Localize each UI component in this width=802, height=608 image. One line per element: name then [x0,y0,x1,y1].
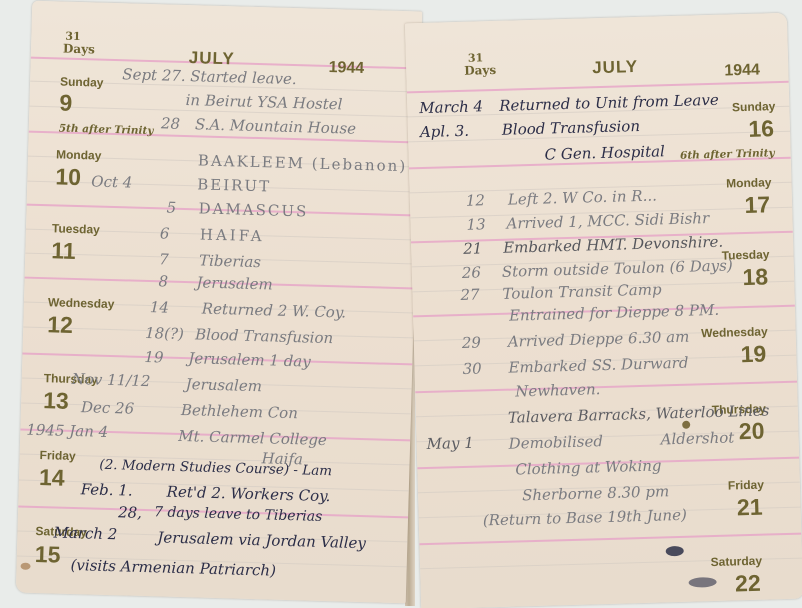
entry-text: Started leave. [190,67,297,88]
date-number: 13 [43,387,69,415]
entry-text: Storm outside Toulon (6 Days) [502,256,733,280]
date-number: 22 [735,570,761,598]
entry-date: March 2 [53,523,117,543]
weekday-saturday: Saturday [710,554,762,569]
date-number: 12 [47,311,73,339]
entry-text: (visits Armenian Patriarch) [70,556,276,580]
entry-date: 26 [462,263,482,282]
entry-text: Jerusalem via Jordan Valley [157,528,366,552]
entry-text: Demobilised [508,432,603,453]
entry-text: Blood Transfusion [195,325,334,347]
entry-text: BAAKLEEM (Lebanon) [198,151,408,175]
entry-date: May 1 [426,434,474,453]
entry-text: (Return to Base 19th June) [483,506,687,530]
entry-text: S.A. Mountain House [195,115,357,137]
entry-text: 7 days leave to Tiberias [154,504,323,525]
entry-text: Aldershot [660,428,734,448]
date-number: 14 [39,464,65,492]
weekday-tuesday: Tuesday [52,221,100,236]
entry-text: Entrained for Dieppe 8 PM. [509,301,719,325]
date-number: 15 [35,541,61,569]
entry-date: 18(?) [145,324,184,343]
diary-page-left: 31 Days JULY 1944 Sunday 9 5th after Tri… [16,1,422,604]
entry-date: 27 [460,285,480,304]
entry-text: Returned to Unit from Leave [499,91,719,115]
entry-date: 5 [166,199,176,217]
entry-text: Ret'd 2. Workers Coy. [166,483,330,506]
entry-date: 8 [158,272,168,290]
month-label: JULY [592,57,638,78]
entry-text: Arrived 1, MCC. Sidi Bishr [506,209,709,233]
date-number: 9 [59,89,73,116]
weekday-monday: Monday [56,147,102,162]
stain [20,563,30,570]
entry-text: Jerusalem [196,273,273,293]
weekday-friday: Friday [39,448,75,463]
entry-date: 6 [160,224,170,242]
entry-text: Embarked SS. Durward [508,354,688,377]
entry-date: 14 [150,298,170,317]
trinity-note: 6th after Trinity [680,147,775,162]
entry-date: Oct 4 [91,172,133,191]
entry-text: C Gen. Hospital [544,142,665,163]
entry-text: Blood Transfusion [502,117,641,139]
date-number: 10 [55,163,81,191]
trinity-note: 5th after Trinity [59,122,154,137]
weekday-wednesday: Wednesday [701,324,768,340]
entry-date: 28 [161,114,181,133]
pink-rule [407,81,789,94]
entry-date: 13 [466,215,486,234]
entry-date: 12 [466,191,486,210]
entry-date: 7 [159,250,169,268]
entry-text: Embarked HMT. Devonshire. [503,233,723,257]
weekday-wednesday: Wednesday [48,295,115,311]
entry-date: Feb. 1. [80,480,132,499]
year-label: 1944 [724,62,760,81]
entry-text: Clothing at Woking [515,456,662,478]
date-number: 21 [737,494,763,522]
date-number: 20 [738,418,764,446]
entry-text: Arrived Dieppe 6.30 am [508,328,690,351]
entry-date: Nov 11/12 [72,370,151,390]
entry-text: Mt. Carmel College [178,427,327,449]
entry-text: Toulon Transit Camp [502,280,662,302]
entry-text: Jerusalem 1 day [188,349,311,370]
weekday-monday: Monday [726,175,772,190]
diary-page-right: 31 Days JULY 1944 Sunday 16 6th after Tr… [405,13,802,608]
entry-date: 30 [462,359,482,378]
entry-text: BEIRUT [197,175,271,195]
entry-date: 1945 Jan 4 [26,421,108,441]
ink-blot [688,577,716,588]
weekday-friday: Friday [728,478,764,493]
pink-rule [415,381,797,394]
date-number: 19 [740,340,766,368]
date-number: 16 [748,115,774,143]
date-number: 17 [744,191,770,219]
entry-text: Left 2. W Co. in R... [508,186,658,208]
ink-dot [682,421,690,429]
month-label: JULY [189,48,235,69]
entry-text: Bethlehem Con [181,401,298,422]
entry-text: Sherborne 8.30 pm [522,482,670,504]
days-label: Days [464,63,496,78]
pink-rule [419,533,801,546]
year-label: 1944 [328,59,364,78]
weekday-sunday: Sunday [732,99,776,114]
entry-text: Returned 2 W. Coy. [202,300,347,322]
entry-text: HAIFA [200,225,265,245]
entry-date: Apl. 3. [420,122,470,141]
entry-date: 29 [462,333,482,352]
entry-text: Newhaven. [515,380,601,400]
entry-date: Dec 26 [81,398,135,417]
date-number: 18 [742,263,768,291]
entry-date: 19 [144,348,164,367]
entry-text: Jerusalem [185,375,262,395]
entry-date: 21 [463,239,483,258]
weekday-sunday: Sunday [60,74,104,89]
entry-text: Tiberias [199,251,261,271]
days-label: Days [63,42,95,57]
entry-date: Sept 27. [122,65,186,85]
date-number: 11 [51,237,76,265]
entry-date: 28, [118,503,142,522]
entry-date: March 4 [419,97,483,117]
entry-text: Talavera Barracks, Waterloo Lines [508,401,770,426]
entry-text: DAMASCUS [198,199,308,220]
ink-blot [666,546,684,556]
